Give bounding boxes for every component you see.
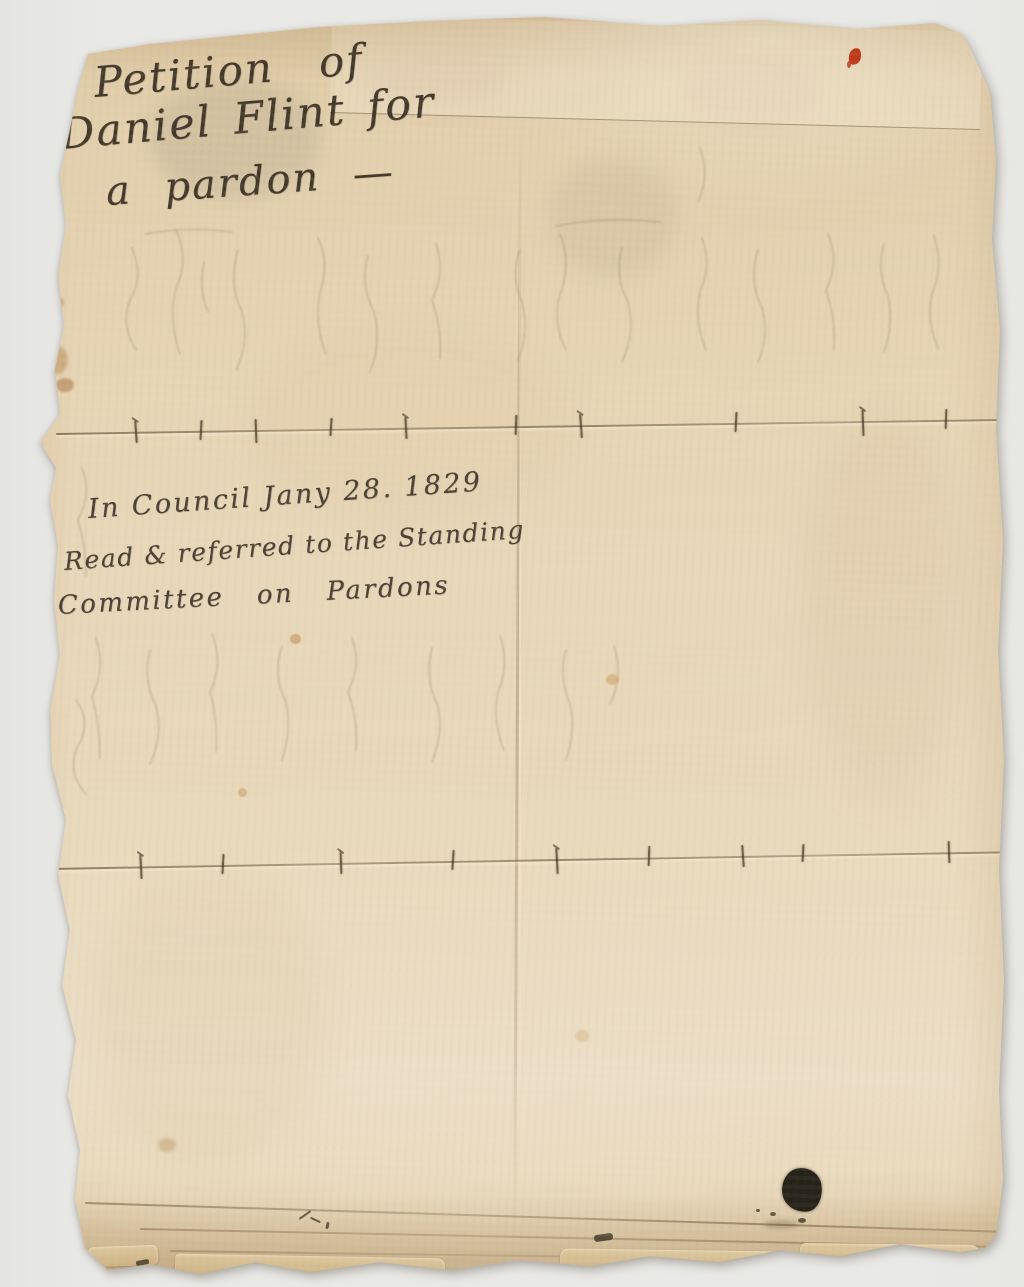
document-paper-wrapper: Petition of Daniel Flint for a pardon — …: [0, 0, 1024, 1287]
scanner-bed: Petition of Daniel Flint for a pardon — …: [0, 0, 1024, 1287]
document-paper: Petition of Daniel Flint for a pardon — …: [0, 0, 1024, 1287]
scan-background: { "cover_annotation": { "lines": ["Petit…: [0, 0, 1024, 1287]
paper-vignette: [0, 0, 1024, 1287]
